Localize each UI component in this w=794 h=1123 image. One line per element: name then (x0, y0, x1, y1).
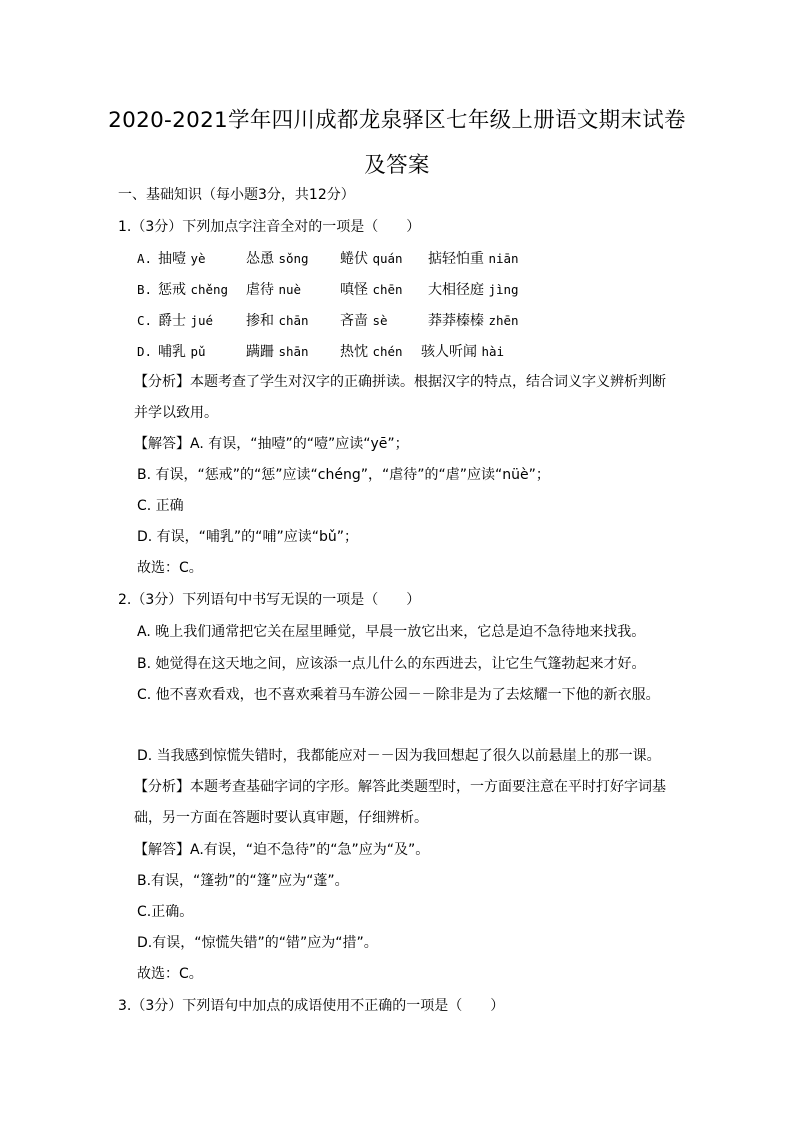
question-2-answer-d: D.有误，“惊慌失错”的“错”应为“措”。 (137, 933, 378, 953)
option-word: 爵士 jué (158, 311, 213, 331)
question-2-answer-c: C.正确。 (137, 902, 193, 922)
question-2-option-d: D. 当我感到惊慌失错时，我都能应对－－因为我回想起了很久以前悬崖上的那一课。 (137, 746, 661, 766)
question-2-answer-a: 【解答】A.有误，“迫不急待”的“急”应为“及”。 (134, 840, 429, 860)
option-word: 骇人听闻 hài (421, 342, 504, 362)
question-2-option-c: C. 他不喜欢看戏，也不喜欢乘着马车游公园－－除非是为了去炫耀一下他的新衣服。 (137, 685, 660, 705)
document-page: 2020-2021学年四川成都龙泉驿区七年级上册语文期末试卷 及答案 一、基础知… (0, 0, 794, 1123)
question-2-answer-b: B.有误，“篷勃”的“篷”应为“蓬”。 (137, 871, 349, 891)
option-word: 热忱 chén (340, 342, 403, 362)
question-1-answer-c: C. 正确 (137, 496, 184, 516)
question-1-analysis: 【分析】本题考查了学生对汉字的正确拼读。根据汉字的特点，结合词义字义辨析判断 (134, 372, 666, 392)
option-word: 惩戒 chěng (158, 280, 228, 300)
option-word: 蹒跚 shān (246, 342, 309, 362)
option-word: 掺和 chān (246, 311, 309, 331)
option-letter: A. (137, 249, 152, 269)
question-1-analysis-cont: 并学以致用。 (134, 403, 218, 423)
question-1-answer-b: B. 有误，“惩戒”的“惩”应读“chéng”，“虐待”的“虐”应读“nüè”； (137, 465, 550, 485)
option-letter: D. (137, 342, 152, 362)
option-word: 掂轻怕重 niān (428, 249, 519, 269)
option-word: 蜷伏 quán (340, 249, 403, 269)
section-heading: 一、基础知识（每小题3分，共12分） (118, 185, 355, 205)
option-letter: C. (137, 311, 152, 331)
document-title: 2020-2021学年四川成都龙泉驿区七年级上册语文期末试卷 (0, 103, 794, 134)
option-letter: B. (137, 280, 152, 300)
question-2-analysis: 【分析】本题考查基础字词的字形。解答此类题型时，一方面要注意在平时打好字词基 (134, 777, 666, 797)
document-title-line2: 及答案 (0, 148, 794, 179)
question-2-option-b: B. 她觉得在这天地之间，应该添一点儿什么的东西进去，让它生气篷勃起来才好。 (137, 654, 646, 674)
option-word: 怂恿 sǒng (246, 249, 309, 269)
question-2-option-a: A. 晚上我们通常把它关在屋里睡觉，早晨一放它出来，它总是迫不急待地来找我。 (137, 622, 645, 642)
option-word: 莽莽榛榛 zhēn (428, 311, 519, 331)
option-word: 抽噎 yè (158, 249, 206, 269)
option-word: 虐待 nuè (246, 280, 301, 300)
question-1-answer-a: 【解答】A. 有误，“抽噎”的“噎”应读“yē”； (134, 434, 409, 454)
question-2-choice: 故选：C。 (137, 964, 203, 984)
option-word: 吝啬 sè (340, 311, 388, 331)
question-1-answer-d: D. 有误，“哺乳”的“哺”应读“bǔ”； (137, 527, 358, 547)
question-1-choice: 故选：C。 (137, 558, 203, 578)
question-3-stem: 3.（3分）下列语句中加点的成语使用不正确的一项是（ ） (118, 996, 504, 1016)
option-word: 大相径庭 jìng (428, 280, 519, 300)
question-1-stem: 1.（3分）下列加点字注音全对的一项是（ ） (118, 217, 420, 237)
question-2-stem: 2.（3分）下列语句中书写无误的一项是（ ） (118, 590, 420, 610)
question-2-analysis-cont: 础，另一方面在答题时要认真审题，仔细辨析。 (134, 808, 428, 828)
option-word: 哺乳 pǔ (158, 342, 206, 362)
option-word: 嗔怪 chēn (340, 280, 403, 300)
